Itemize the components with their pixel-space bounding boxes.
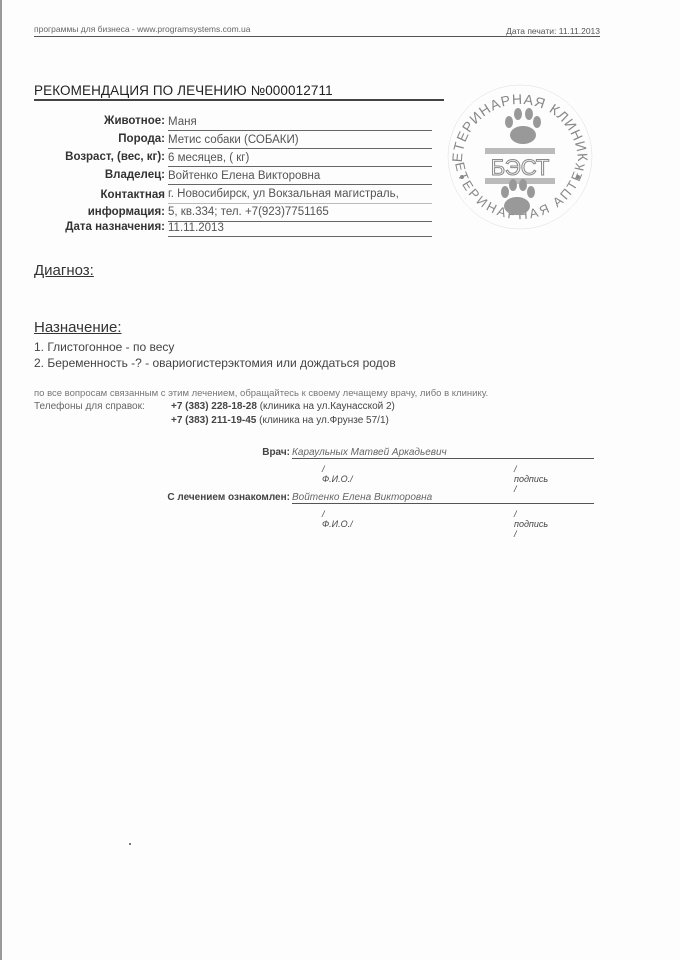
software-credit: программы для бизнеса - www.programsyste… — [34, 24, 250, 34]
paw-icon — [505, 108, 541, 144]
fio-caption: / Ф.И.О./ — [322, 509, 353, 529]
doctor-name: Караульных Матвей Аркадьевич — [292, 447, 594, 459]
clinic-stamp: ВЕТЕРИНАРНАЯ КЛИНИКА ВЕТЕРИНАРНАЯ АПТЕКА… — [445, 82, 595, 232]
phone-item: +7 (383) 228-18-28 (клиника на ул.Каунас… — [171, 401, 395, 412]
prescription-list: 1. Глистогонное - по весу 2. Беременност… — [34, 339, 396, 371]
page-header: программы для бизнеса - www.programsyste… — [34, 24, 600, 37]
contact-note: по все вопросам связанным с этим лечение… — [34, 388, 488, 399]
scan-speck — [129, 843, 131, 845]
prescription-heading: Назначение: — [34, 319, 122, 336]
diagnosis-heading: Диагноз: — [34, 262, 94, 279]
print-date: Дата печати: 11.11.2013 — [506, 26, 600, 36]
document-title: РЕКОМЕНДАЦИЯ ПО ЛЕЧЕНИЮ №000012711 — [34, 83, 444, 101]
prescription-item: 2. Беременность -? - овариогистерэктомия… — [34, 355, 396, 371]
svg-text:БЭСТ: БЭСТ — [491, 155, 550, 180]
phone-item: +7 (383) 211-19-45 (клиника на ул.Фрунзе… — [171, 415, 389, 426]
sign-caption: / подпись / — [514, 464, 548, 494]
prescription-item: 1. Глистогонное - по весу — [34, 339, 396, 355]
scan-edge — [0, 0, 2, 960]
acknowledged-name: Войтенко Елена Викторовна — [292, 492, 594, 504]
fio-caption: / Ф.И.О./ — [322, 464, 353, 484]
phones-label: Телефоны для справок: — [34, 401, 174, 412]
sign-caption: / подпись / — [514, 509, 548, 539]
